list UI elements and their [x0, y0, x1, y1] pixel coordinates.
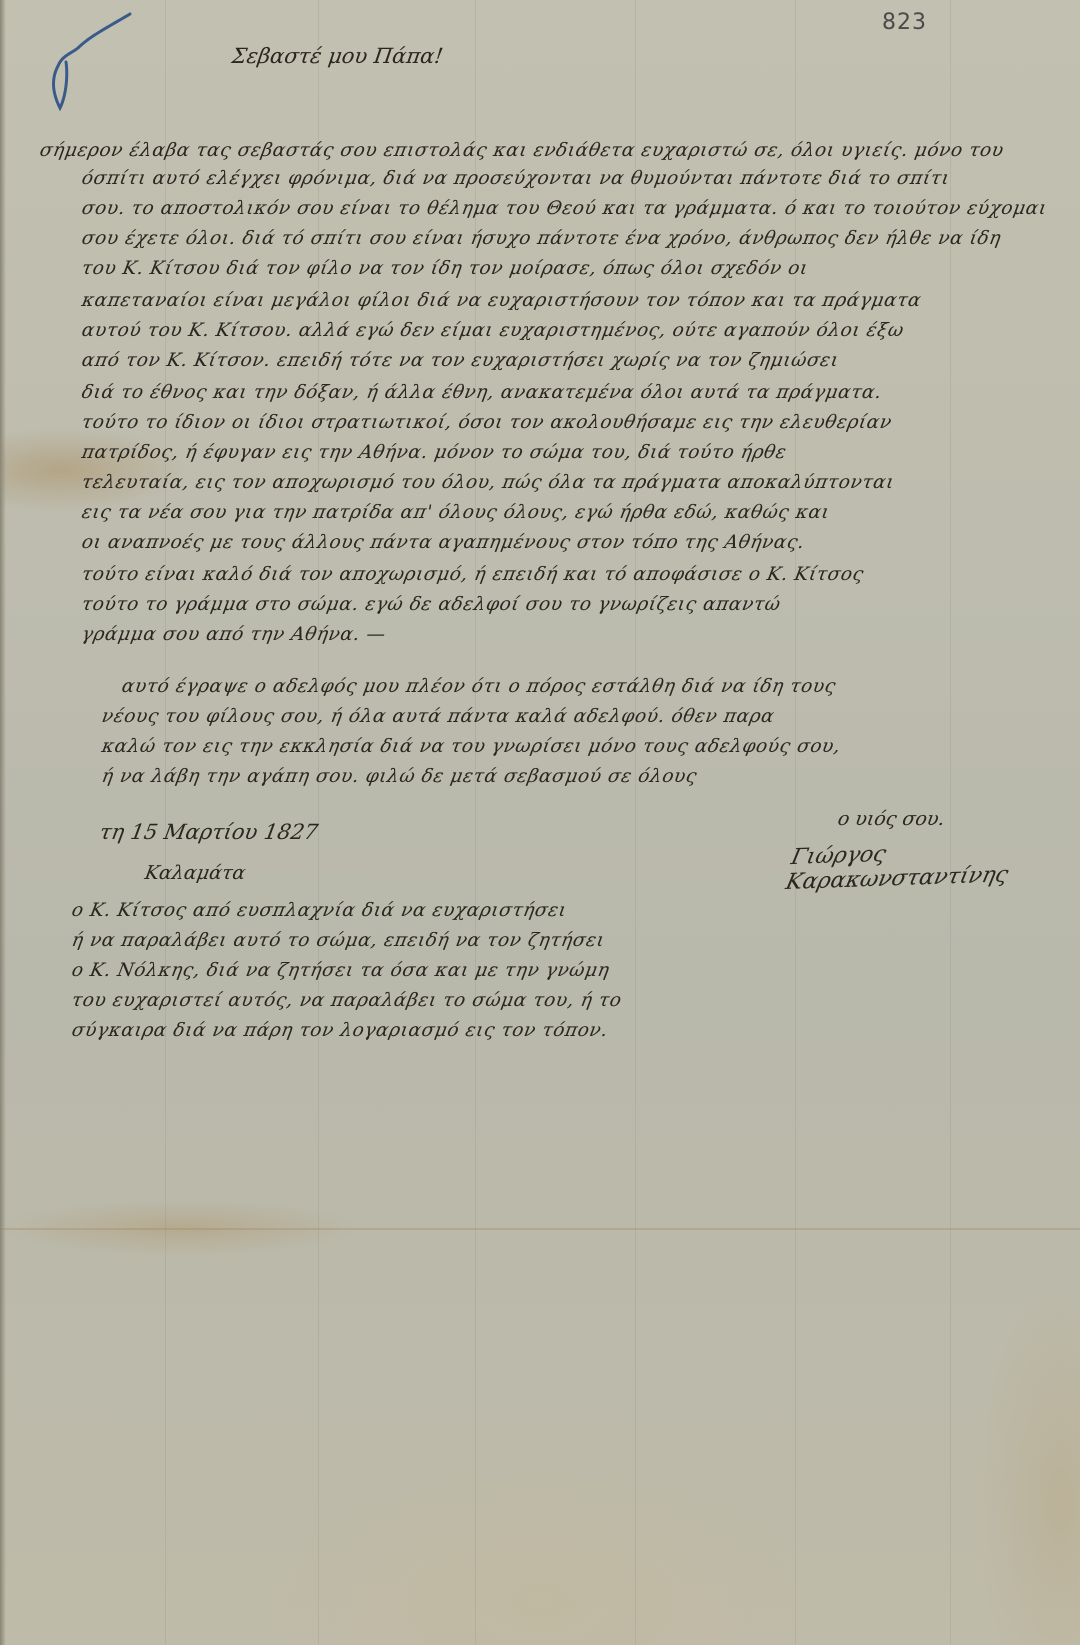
- letter-line: από τον Κ. Κίτσον. επειδή τότε να τον ευ…: [80, 350, 840, 371]
- letter-place: Καλαμάτα: [143, 862, 247, 884]
- signature: Γιώργος Καρακωνσταντίνης: [783, 835, 1080, 895]
- letter-line: οι αναπνοές με τους άλλους πάντα αγαπημέ…: [80, 532, 806, 553]
- letter-line: του Κ. Κίτσου διά τον φίλο να τον ίδη το…: [80, 258, 810, 279]
- letter-line: νέους του φίλους σου, ή όλα αυτά πάντα κ…: [100, 706, 776, 727]
- letter-date: τη 15 Μαρτίου 1827: [98, 820, 320, 844]
- letter-line: σου. το αποστολικόν σου είναι το θέλημα …: [80, 198, 1048, 219]
- postscript-line: ο Κ. Νόλκης, διά να ζητήσει τα όσα και μ…: [70, 960, 611, 981]
- postscript-line: του ευχαριστεί αυτός, να παραλάβει το σώ…: [70, 990, 623, 1011]
- postscript-line: σύγκαιρα διά να πάρη τον λογαριασμό εις …: [70, 1020, 610, 1041]
- letter-line: τούτο το γράμμα στο σώμα. εγώ δε αδελφοί…: [80, 594, 782, 615]
- letter-line: τούτο το ίδιον οι ίδιοι στρατιωτικοί, όσ…: [80, 412, 894, 433]
- letter-line: σήμερον έλαβα τας σεβαστάς σου επιστολάς…: [38, 140, 1005, 161]
- salutation: Σεβαστέ μου Πάπα!: [230, 44, 444, 68]
- letter-line: καλώ τον εις την εκκλησία διά να του γνω…: [100, 736, 842, 757]
- letter-line: αυτό έγραψε ο αδελφός μου πλέον ότι ο πό…: [120, 676, 837, 697]
- letter-line: όσπίτι αυτό ελέγχει φρόνιμα, διά να προσ…: [80, 168, 951, 189]
- folio-number: 823: [882, 10, 927, 35]
- postscript-line: ή να παραλάβει αυτό το σώμα, επειδή να τ…: [70, 930, 606, 951]
- blue-pencil-mark-icon: [40, 6, 140, 116]
- manuscript-page: 823 Σεβαστέ μου Πάπα! σήμερον έλαβα τας …: [0, 0, 1080, 1645]
- page-edge-shadow: [0, 0, 6, 1645]
- letter-line: διά το έθνος και την δόξαν, ή άλλα έθνη,…: [80, 382, 883, 403]
- letter-line: αυτού του Κ. Κίτσου. αλλά εγώ δεν είμαι …: [80, 320, 905, 341]
- letter-line: γράμμα σου από την Αθήνα. —: [80, 624, 387, 645]
- paper-fold-line: [0, 1228, 1080, 1230]
- letter-line: τούτο είναι καλό διά τον αποχωρισμό, ή ε…: [80, 564, 865, 585]
- letter-line: καπεταναίοι είναι μεγάλοι φίλοι διά να ε…: [80, 290, 923, 311]
- letter-line: σου έχετε όλοι. διά τό σπίτι σου είναι ή…: [80, 228, 1003, 249]
- closing: ο υιός σου.: [836, 808, 946, 830]
- letter-line: πατρίδος, ή έφυγαν εις την Αθήνα. μόνον …: [80, 442, 788, 463]
- letter-line: ή να λάβη την αγάπη σου. φιλώ δε μετά σε…: [100, 766, 699, 787]
- postscript-line: ο Κ. Κίτσος από ευσπλαχνία διά να ευχαρι…: [70, 900, 568, 921]
- letter-line: εις τα νέα σου για την πατρίδα απ' όλους…: [80, 502, 831, 523]
- letter-line: τελευταία, εις τον αποχωρισμό του όλου, …: [80, 472, 896, 493]
